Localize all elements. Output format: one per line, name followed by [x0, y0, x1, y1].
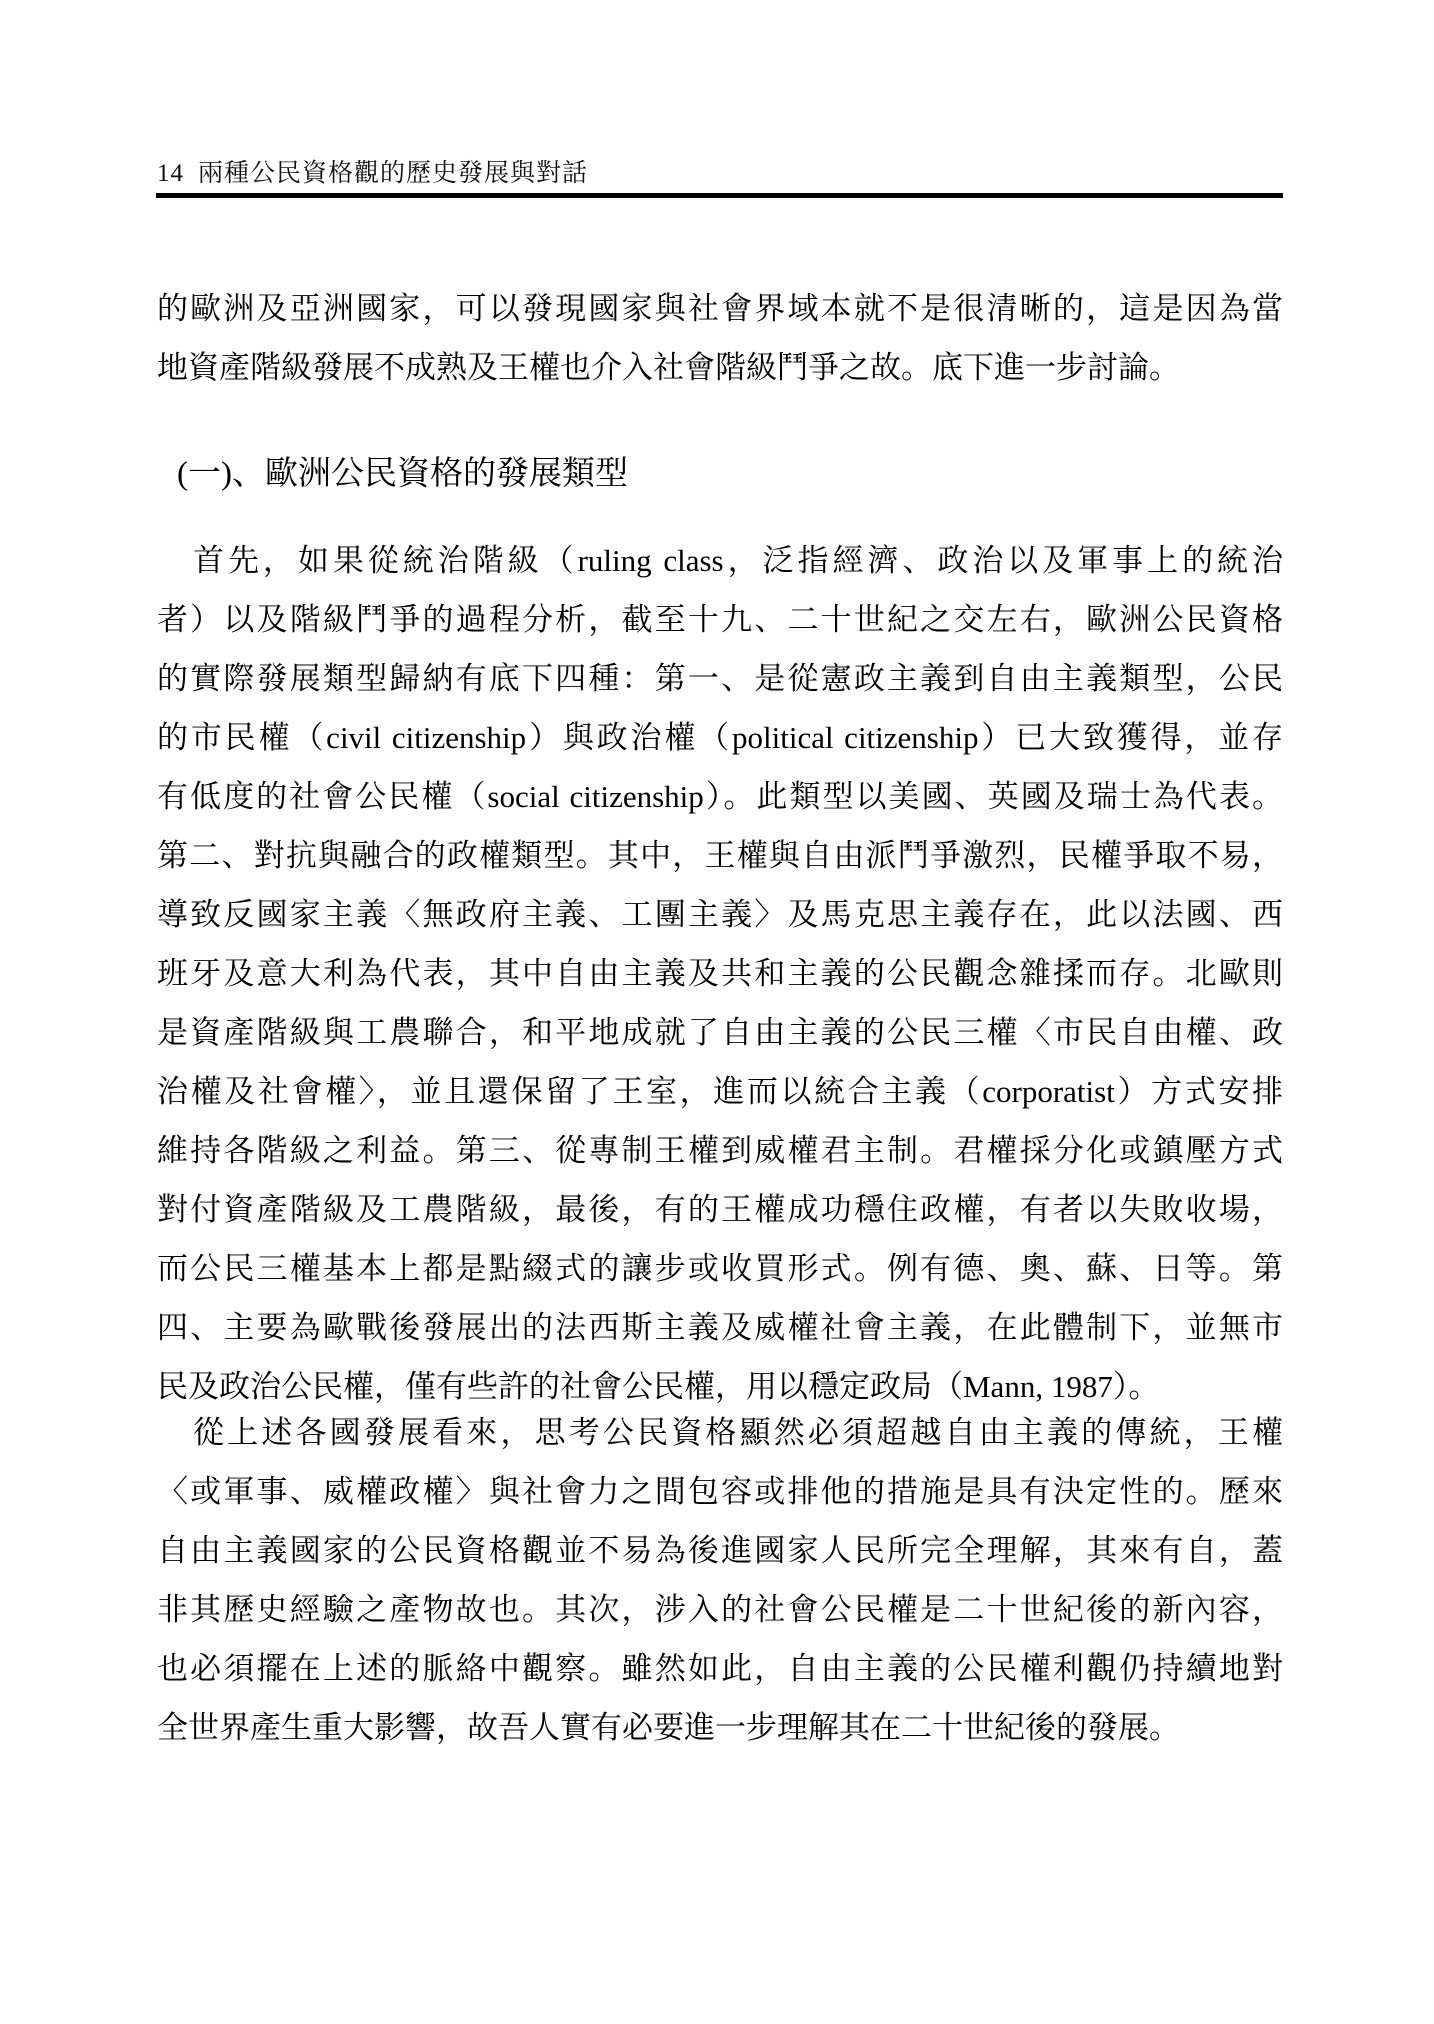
text-line: 而公民三權基本上都是點綴式的讓步或收買形式。例有德、奧、蘇、日等。第 — [157, 1239, 1283, 1298]
text-line: 的實際發展類型歸納有底下四種：第一、是從憲政主義到自由主義類型，公民 — [157, 649, 1283, 708]
text-line: 對付資產階級及工農階級，最後，有的王權成功穩住政權，有者以失敗收場， — [157, 1180, 1283, 1239]
paragraph-conclusion: 從上述各國發展看來，思考公民資格顯然必須超越自由主義的傳統，王權〈或軍事、威權政… — [157, 1403, 1283, 1757]
header-divider-rule — [156, 193, 1283, 198]
document-page: 14兩種公民資格觀的歷史發展與對話 的歐洲及亞洲國家，可以發現國家與社會界域本就… — [0, 0, 1434, 2024]
text-line: 自由主義國家的公民資格觀並不易為後進國家人民所完全理解，其來有自，蓋 — [157, 1521, 1283, 1580]
text-line: 非其歷史經驗之產物故也。其次，涉入的社會公民權是二十世紀後的新內容， — [157, 1580, 1283, 1639]
text-line: 第二、對抗與融合的政權類型。其中，王權與自由派鬥爭激烈，民權爭取不易， — [157, 826, 1283, 885]
running-title: 兩種公民資格觀的歷史發展與對話 — [198, 160, 588, 187]
paragraph-intro: 的歐洲及亞洲國家，可以發現國家與社會界域本就不是很清晰的，這是因為當地資產階級發… — [157, 279, 1283, 397]
text-line: 是資產階級與工農聯合，和平地成就了自由主義的公民三權〈市民自由權、政 — [157, 1003, 1283, 1062]
running-header: 14兩種公民資格觀的歷史發展與對話 — [157, 158, 1283, 190]
text-line: 全世界產生重大影響，故吾人實有必要進一步理解其在二十世紀後的發展。 — [157, 1698, 1283, 1757]
text-line: 者）以及階級鬥爭的過程分析，截至十九、二十世紀之交左右，歐洲公民資格 — [157, 590, 1283, 649]
text-line: 也必須擺在上述的脈絡中觀察。雖然如此，自由主義的公民權利觀仍持續地對 — [157, 1639, 1283, 1698]
text-line: 首先，如果從統治階級（ruling class，泛指經濟、政治以及軍事上的統治 — [157, 531, 1283, 590]
text-line: 的歐洲及亞洲國家，可以發現國家與社會界域本就不是很清晰的，這是因為當 — [157, 279, 1283, 338]
paragraph-typology: 首先，如果從統治階級（ruling class，泛指經濟、政治以及軍事上的統治者… — [157, 531, 1283, 1416]
text-line: 維持各階級之利益。第三、從專制王權到威權君主制。君權採分化或鎮壓方式 — [157, 1121, 1283, 1180]
text-line: 地資產階級發展不成熟及王權也介入社會階級鬥爭之故。底下進一步討論。 — [157, 338, 1283, 397]
text-line: 治權及社會權〉，並且還保留了王室，進而以統合主義（corporatist）方式安… — [157, 1062, 1283, 1121]
text-line: 從上述各國發展看來，思考公民資格顯然必須超越自由主義的傳統，王權 — [157, 1403, 1283, 1462]
text-line: 的市民權（civil citizenship）與政治權（political ci… — [157, 708, 1283, 767]
text-line: 四、主要為歐戰後發展出的法西斯主義及威權社會主義，在此體制下，並無市 — [157, 1298, 1283, 1357]
text-line: 班牙及意大利為代表，其中自由主義及共和主義的公民觀念雜揉而存。北歐則 — [157, 944, 1283, 1003]
text-line: 導致反國家主義〈無政府主義、工團主義〉及馬克思主義存在，此以法國、西 — [157, 885, 1283, 944]
section-heading: (一)、歐洲公民資格的發展類型 — [157, 452, 1283, 496]
text-line: 有低度的社會公民權（social citizenship）。此類型以美國、英國及… — [157, 767, 1283, 826]
text-line: 〈或軍事、威權政權〉與社會力之間包容或排他的措施是具有決定性的。歷來 — [157, 1462, 1283, 1521]
page-number: 14 — [157, 160, 184, 187]
